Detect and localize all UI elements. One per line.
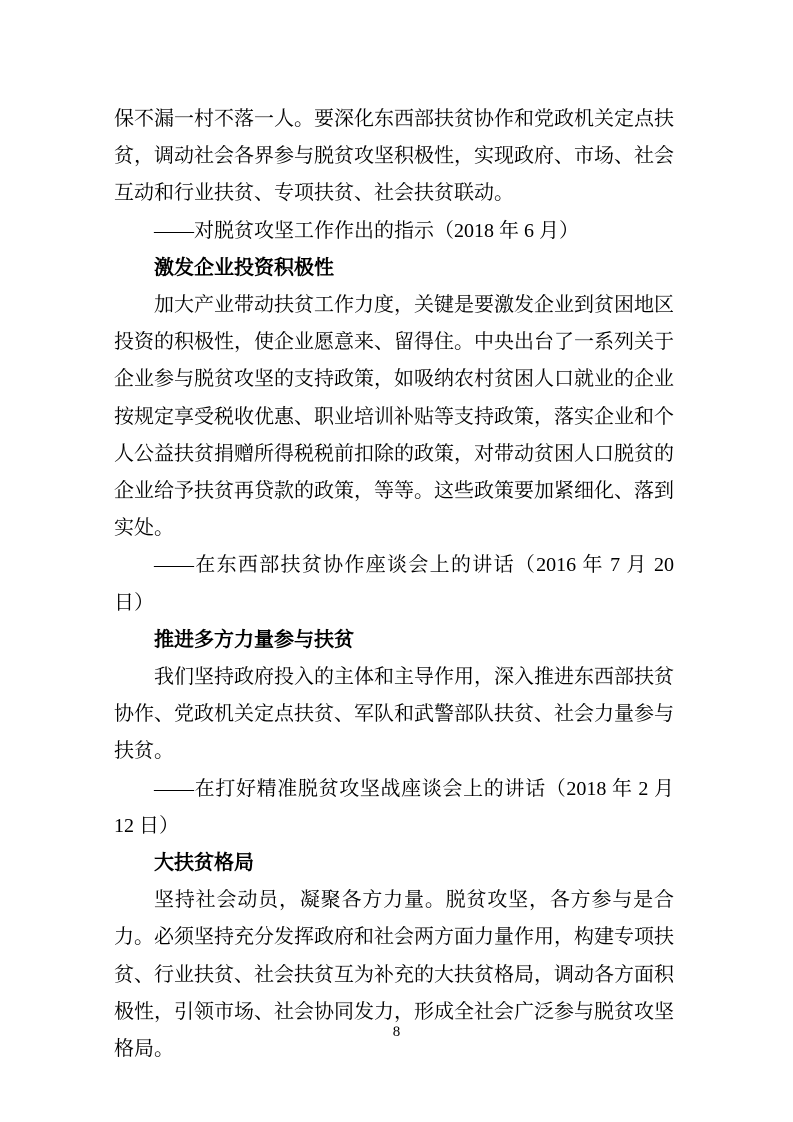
quote-attribution: ——在东西部扶贫协作座谈会上的讲话（2016 年 7 月 20 日）	[114, 547, 674, 621]
document-page: 保不漏一村不落一人。要深化东西部扶贫协作和党政机关定点扶贫，调动社会各界参与脱贫…	[0, 0, 793, 1122]
paragraph: 加大产业带动扶贫工作力度，关键是要激发企业到贫困地区投资的积极性，使企业愿意来、…	[114, 287, 674, 547]
paragraph: 我们坚持政府投入的主体和主导作用，深入推进东西部扶贫协作、党政机关定点扶贫、军队…	[114, 659, 674, 771]
section-heading: 激发企业投资积极性	[114, 250, 674, 287]
quote-attribution: ——在打好精准脱贫攻坚战座谈会上的讲话（2018 年 2 月 12 日）	[114, 771, 674, 845]
quote-attribution: ——对脱贫攻坚工作作出的指示（2018 年 6 月）	[114, 213, 674, 250]
section-heading: 推进多方力量参与扶贫	[114, 622, 674, 659]
paragraph-continued: 保不漏一村不落一人。要深化东西部扶贫协作和党政机关定点扶贫，调动社会各界参与脱贫…	[114, 101, 674, 213]
section-heading: 大扶贫格局	[114, 845, 674, 882]
document-content: 保不漏一村不落一人。要深化东西部扶贫协作和党政机关定点扶贫，调动社会各界参与脱贫…	[114, 101, 674, 1068]
page-number: 8	[0, 1022, 793, 1042]
